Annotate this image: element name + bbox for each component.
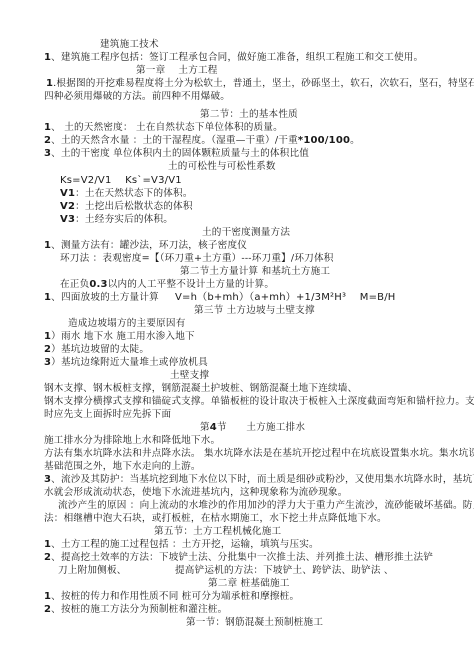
heading-number: 4 [210,422,217,433]
drainage-paragraph-2-line2: 基础范围之外，地下水走向的上游。 [44,460,201,473]
item-text: 、四面放坡的土方量计算 [51,292,159,303]
drainage-paragraph-2-line1: 方法有集水坑降水法和井点降水法。 集水坑降水法是在基坑开挖过程中在坑底设置集水坑… [44,447,474,460]
item-text: ）基坑边缘附近大量堆土或停放机具 [51,357,208,368]
cause-item-2: 2）基坑边坡留的太陡。 [44,343,149,356]
section4-heading: 第4节 土方施工排水 [200,421,305,434]
paragraph-text: .根据图的开挖难易程度将土分为松软土，普通土，坚土，砂砾坚土，软石，次软石，坚石… [53,78,474,89]
volume-formula: V=h（b+mh）（a+mh）+1/3M²H³ M=B/H [175,291,396,304]
mechanized-item-2: 2、提高挖土效率的方法：下坡铲土法、分批集中一次推土法、并列推土法、槽形推土法铲 [44,551,433,564]
var-v1: V1：土在天然状态下的体积。 [60,187,193,200]
note-value: 0.3 [89,279,107,290]
pile-item-2: 2、按桩的施工方法分为预制桩和灌注桩。 [44,603,227,616]
item-text: 、测量方法有：罐沙法，环刀法，核子密度仪 [51,240,247,251]
var-name: V1 [60,188,75,199]
ring-knife-formula: 环刀法 ：表观密度=【（环刀重+土方重）---环刀重】/环刀体积 [60,252,334,265]
intro-paragraph: 1、建筑施工程序包括：签订工程承包合同，做好施工准备，组织工程施工和交工使用。 [44,51,423,64]
item-text: 、土的天然含水量 ：土的干湿程度。（湿重—干重）/干重 [51,135,298,146]
item-text: 、 土的天然密度： 土在自然状态下单位体积的质量。 [51,122,283,133]
support-heading: 土壁支撑 [170,369,209,382]
quicksand-cause-line2: 法：相继槽中泡大石块，或打板桩，在枯水期施工，水下挖土井点降低地下水。 [44,512,387,525]
support-paragraph-2-line2: 时应先支上面拆时应先拆下面 [44,408,171,421]
item-text: 、土方工程的施工过程包括 ：土方开挖，运输，填筑与压实。 [51,539,319,550]
density-heading: 土的干密度测量方法 [202,226,290,239]
item-text: ）雨水 地下水 施工用水渗入地下 [51,331,195,342]
var-text: ：土在天然状态下的体积。 [75,188,193,199]
heading-text: 节 土方施工排水 [217,422,305,433]
loosen-heading: 土的可松性与可松性系数 [168,160,276,173]
drainage-paragraph-1: 施工排水分为排除地上水和降低地下水。 [44,434,220,447]
var-name: V3 [60,214,75,225]
chapter2-heading: 第二章 桩基础施工 [208,577,290,590]
support-paragraph-1: 钢木支撑、钢木板桩支撑，钢筋混凝土护坡桩、钢筋混凝土地下连续墙、 [44,382,357,395]
note-text: 以内的人工平整不设计土方量的计算。 [108,279,275,290]
cause-item-3: 3）基坑边缘附近大量堆土或停放机具 [44,356,208,369]
var-text: ：土挖出后松散状态的体积 [75,201,193,212]
calc-note: 在正负0.3以内的人工平整不设计土方量的计算。 [60,278,274,291]
intro-text: 、建筑施工程序包括：签订工程承包合同，做好施工准备，组织工程施工和交工使用。 [51,52,423,63]
calc-item: 1、四面放坡的土方量计算 [44,291,159,304]
var-v2: V2：土挖出后松散状态的体积 [60,200,193,213]
quicksand-cause-line1: 流沙产生的原因 ：向上流动的水堆沙的作用加沙的浮力大于重力产生流沙，流砂能破坏基… [58,499,474,512]
item-end: 。 [350,135,360,146]
quicksand-paragraph-line2: 水就会形成流动状态，使地下水流进基坑内，这种现象称为流砂现象。 [44,486,348,499]
mechanized-cont-left: 刀上附加侧板、 [58,564,127,577]
item-text: 、按桩的传力和作用性质不同 桩可分为端承桩和摩擦桩。 [51,591,299,602]
cause-heading: 造成边坡塌方的主要原因有 [68,317,186,330]
section3-heading: 第三节 土方边坡与土壁支撑 [194,304,315,317]
property-item-3: 3、土的干密度 单位体积内土的固体颗粒质量与土的体积比值 [44,147,309,160]
cause-item-1: 1）雨水 地下水 施工用水渗入地下 [44,330,195,343]
loosen-formula: Ks=V2/V1 Ks`=V3/V1 [60,174,182,187]
note-text: 在正负 [60,279,89,290]
item-formula: *100/100 [298,135,350,146]
paragraph-text: 、流沙及其防护：当基坑挖到地下水位以下时，而土质是细砂或粉沙，又使用集水坑降水时… [51,474,474,485]
section2-heading: 第二节：土的基本性质 [200,108,298,121]
chapter1-paragraph-line1: 1.根据图的开挖难易程度将土分为松软土，普通土，坚土，砂砾坚土，软石，次软石，坚… [46,77,474,90]
property-item-1: 1、 土的天然密度： 土在自然状态下单位体积的质量。 [44,121,283,134]
var-text: ：土经夯实后的体积。 [75,214,173,225]
chapter1-paragraph-line2: 四种必须用爆破的方法。前四种不用爆破。 [44,90,230,103]
document-title: 建筑施工技术 [100,38,159,51]
pile-item-1: 1、按桩的传力和作用性质不同 桩可分为端承桩和摩擦桩。 [44,590,299,603]
quicksand-paragraph-line1: 3、流沙及其防护：当基坑挖到地下水位以下时，而土质是细砂或粉沙，又使用集水坑降水… [44,473,474,486]
mechanized-item-1: 1、土方工程的施工过程包括 ：土方开挖，运输，填筑与压实。 [44,538,319,551]
mechanized-cont-right: 提高铲运机的方法：下坡铲土、跨铲法、助铲法 、 [175,564,394,577]
measure-item: 1、测量方法有：罐沙法，环刀法，核子密度仪 [44,239,247,252]
section-calc-heading: 第二节土方量计算 和基坑土方施工 [180,265,330,278]
support-paragraph-2-line1: 钢木支撑分横撑式支撑和锚碇式支撑。单锚板桩的设计取决于板桩入土深度截面弯矩和锚杆… [44,395,474,408]
section5-heading: 第五节：土方工程机械化施工 [154,525,281,538]
var-name: V2 [60,201,75,212]
item-text: 、土的干密度 单位体积内土的固体颗粒质量与土的体积比值 [51,148,309,159]
item-text: ）基坑边坡留的太陡。 [51,344,149,355]
heading-text: 第 [200,422,210,433]
chapter1-heading: 第一章 土方工程 [136,64,218,77]
item-text: 、提高挖土效率的方法：下坡铲土法、分批集中一次推土法、并列推土法、槽形推土法铲 [51,552,433,563]
property-item-2: 2、土的天然含水量 ：土的干湿程度。（湿重—干重）/干重*100/100。 [44,134,360,147]
item-text: 、按桩的施工方法分为预制桩和灌注桩。 [51,604,227,615]
var-v3: V3：土经夯实后的体积。 [60,213,173,226]
chapter2-section1-heading: 第一节：钢筋混凝土预制桩施工 [186,616,323,629]
